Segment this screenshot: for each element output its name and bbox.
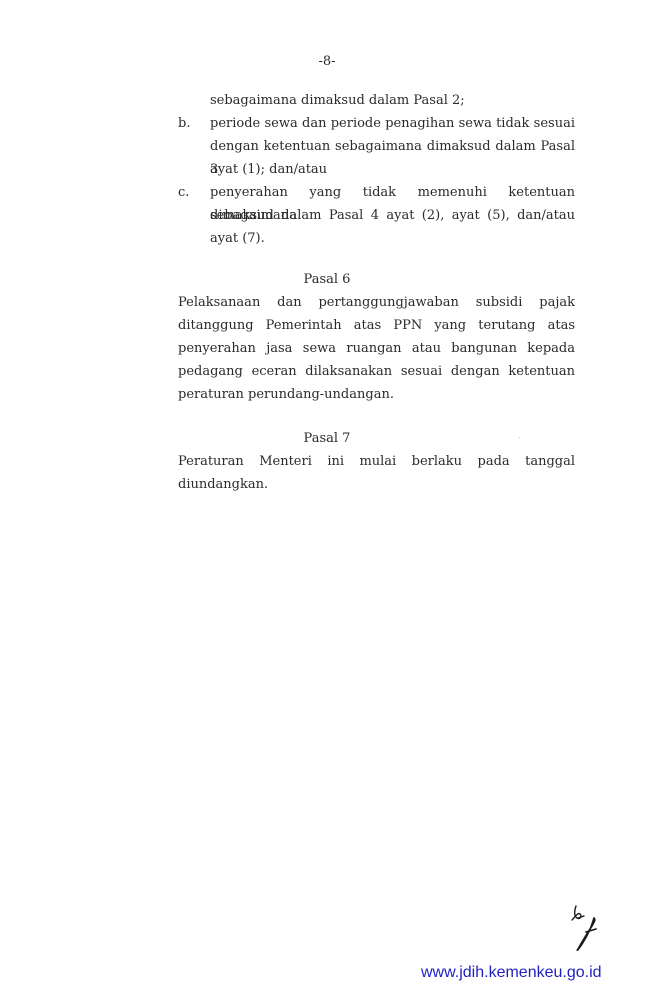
section-heading-pasal-6: Pasal 6 (0, 268, 654, 291)
list-item-line: ayat (1); dan/atau (210, 158, 575, 181)
list-marker: b. (178, 112, 208, 135)
list-item-line: dengan ketentuan sebagaimana dimaksud da… (210, 135, 575, 158)
list-item-b: b. periode sewa dan periode penagihan se… (178, 112, 575, 181)
section-heading-pasal-7: Pasal 7 (0, 427, 654, 450)
paragraph-line: Peraturan Menteri ini mulai berlaku pada… (178, 450, 575, 473)
page-number: -8- (0, 54, 654, 69)
section-body-pasal-6: Pelaksanaan dan pertanggungjawaban subsi… (178, 291, 575, 406)
list-item-line: dimaksud dalam Pasal 4 ayat (2), ayat (5… (210, 204, 575, 227)
paragraph-line: Pelaksanaan dan pertanggungjawaban subsi… (178, 291, 575, 314)
list-marker: c. (178, 181, 208, 204)
list-continuation: sebagaimana dimaksud dalam Pasal 2; (210, 89, 575, 112)
section-body-pasal-7: Peraturan Menteri ini mulai berlaku pada… (178, 450, 575, 496)
paragraph-line: diundangkan. (178, 473, 575, 496)
jdih-website-link[interactable]: www.jdih.kemenkeu.go.id (421, 964, 602, 982)
list-item-line: ayat (7). (210, 227, 575, 250)
item-list: sebagaimana dimaksud dalam Pasal 2; b. p… (178, 89, 575, 250)
list-item-c: c. penyerahan yang tidak memenuhi ketent… (178, 181, 575, 250)
paragraph-line: ditanggung Pemerintah atas PPN yang teru… (178, 314, 575, 337)
list-item-line: periode sewa dan periode penagihan sewa … (210, 112, 575, 135)
list-item-line: penyerahan yang tidak memenuhi ketentuan… (210, 181, 575, 204)
handwritten-initials-icon (568, 902, 608, 954)
paragraph-line: peraturan perundang-undangan. (178, 383, 575, 406)
paragraph-line: penyerahan jasa sewa ruangan atau bangun… (178, 337, 575, 360)
document-page: -8- sebagaimana dimaksud dalam Pasal 2; … (0, 0, 654, 1000)
paragraph-line: pedagang eceran dilaksanakan sesuai deng… (178, 360, 575, 383)
